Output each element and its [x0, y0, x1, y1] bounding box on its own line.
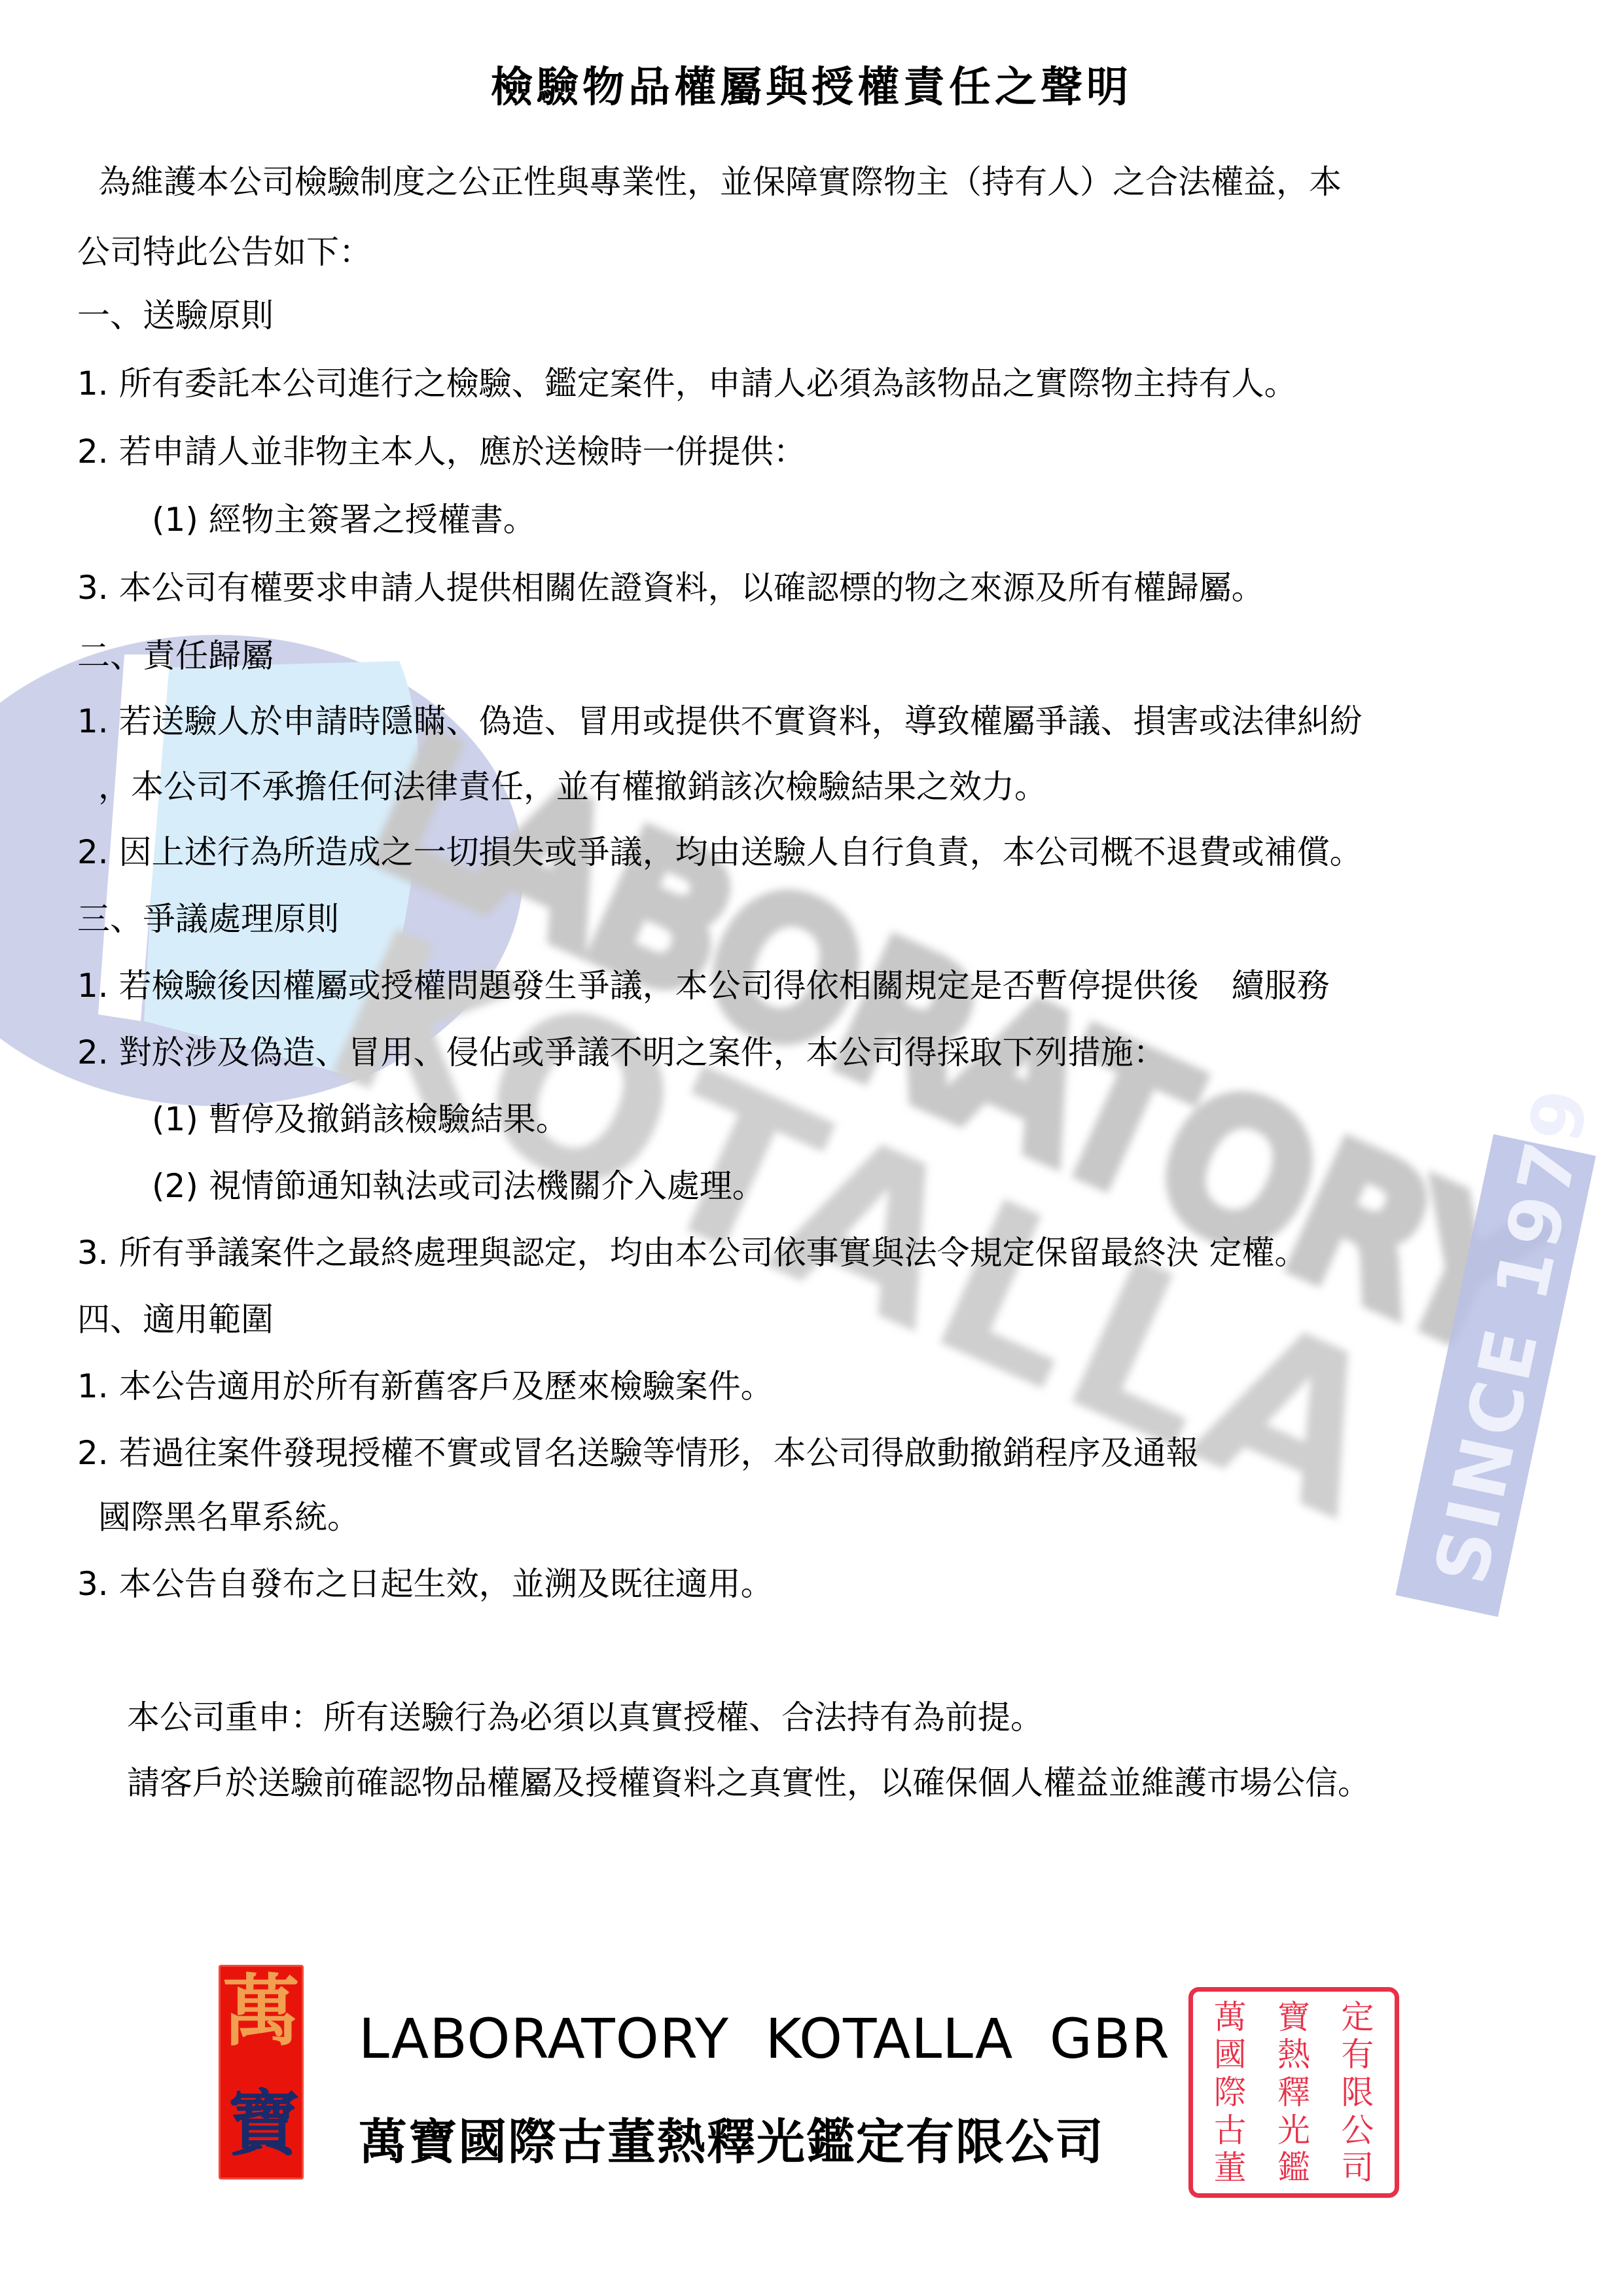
section-2-item-continued: ，本公司不承擔任何法律責任，並有權撤銷該次檢驗結果之效力。 — [98, 767, 1047, 806]
stamp-char: 古 — [1198, 2111, 1262, 2149]
stamp-char: 釋 — [1262, 2073, 1325, 2111]
section-2-item: 1. 若送驗人於申請時隱瞞、偽造、冒用或提供不實資料，導致權屬爭議、損害或法律糾… — [77, 702, 1363, 741]
section-1-heading: 一、送驗原則 — [77, 296, 274, 335]
intro-line-1: 為維護本公司檢驗制度之公正性與專業性，並保障實際物主（持有人）之合法權益，本 — [98, 162, 1342, 202]
stamp-char: 寶 — [1262, 1998, 1325, 2036]
section-3-item: 2. 對於涉及偽造、冒用、侵佔或爭議不明之案件，本公司得採取下列措施： — [77, 1033, 1166, 1072]
section-3-item: 1. 若檢驗後因權屬或授權問題發生爭議，本公司得依相關規定是否暫停提供後 續服務 — [77, 966, 1330, 1005]
section-4-item-continued: 國際黑名單系統。 — [98, 1498, 360, 1537]
stamp-char: 司 — [1326, 2149, 1389, 2187]
stamp-char: 限 — [1326, 2073, 1389, 2111]
section-2-heading: 二、責任歸屬 — [77, 636, 274, 675]
section-3-item: 3. 所有爭議案件之最終處理與認定，均由本公司依事實與法令規定保留最終決 定權。 — [77, 1233, 1308, 1272]
stamp-char: 際 — [1198, 2073, 1262, 2111]
stamp-char: 鑑 — [1262, 2149, 1325, 2187]
wanbao-logo-seal: 萬 寶 — [219, 1965, 304, 2179]
section-4-item: 2. 若過往案件發現授權不實或冒名送驗等情形，本公司得啟動撤銷程序及通報 — [77, 1433, 1199, 1473]
section-3-heading: 三、爭議處理原則 — [77, 899, 339, 939]
section-3-subitem: (1) 暫停及撤銷該檢驗結果。 — [152, 1100, 569, 1139]
section-4-item: 3. 本公告自發布之日起生效，並溯及既往適用。 — [77, 1564, 774, 1604]
stamp-char: 董 — [1198, 2149, 1262, 2187]
intro-line-2: 公司特此公告如下： — [77, 232, 372, 272]
closing-statement-1: 本公司重申：所有送驗行為必須以真實授權、合法持有為前提。 — [127, 1698, 1043, 1737]
logo-char-bao: 寶 — [228, 2081, 300, 2166]
company-name-english: LABORATORY KOTALLA GBR — [359, 2006, 1170, 2072]
stamp-char: 熱 — [1262, 2036, 1325, 2074]
section-2-item: 2. 因上述行為所造成之一切損失或爭議，均由送驗人自行負責，本公司概不退費或補償… — [77, 833, 1363, 872]
stamp-char: 公 — [1326, 2111, 1389, 2149]
section-1-item: 2. 若申請人並非物主本人，應於送檢時一併提供： — [77, 432, 806, 471]
stamp-char: 萬 — [1198, 1998, 1262, 2036]
stamp-char: 光 — [1262, 2111, 1325, 2149]
section-4-item: 1. 本公告適用於所有新舊客戶及歷來檢驗案件。 — [77, 1367, 774, 1406]
company-name-chinese: 萬寶國際古董熱釋光鑑定有限公司 — [359, 2113, 1105, 2172]
company-seal-stamp: 萬 國 際 古 董 寶 熱 釋 光 鑑 定 有 限 公 司 — [1188, 1987, 1399, 2198]
stamp-char: 國 — [1198, 2036, 1262, 2074]
section-3-subitem: (2) 視情節通知執法或司法機關介入處理。 — [152, 1166, 765, 1206]
section-1-subitem: (1) 經物主簽署之授權書。 — [152, 500, 536, 539]
declaration-document: 檢驗物品權屬與授權責任之聲明 為維護本公司檢驗制度之公正性與專業性，並保障實際物… — [0, 0, 1623, 2296]
stamp-char: 有 — [1326, 2036, 1389, 2074]
closing-statement-2: 請客戶於送驗前確認物品權屬及授權資料之真實性，以確保個人權益並維護市場公信。 — [127, 1763, 1370, 1803]
document-title: 檢驗物品權屬與授權責任之聲明 — [0, 54, 1623, 114]
section-1-item: 1. 所有委託本公司進行之檢驗、鑑定案件，申請人必須為該物品之實際物主持有人。 — [77, 364, 1297, 403]
logo-char-wan: 萬 — [223, 1969, 300, 2054]
section-4-heading: 四、適用範圍 — [77, 1300, 274, 1339]
section-1-item: 3. 本公司有權要求申請人提供相關佐證資料，以確認標的物之來源及所有權歸屬。 — [77, 568, 1264, 607]
stamp-char: 定 — [1326, 1998, 1389, 2036]
